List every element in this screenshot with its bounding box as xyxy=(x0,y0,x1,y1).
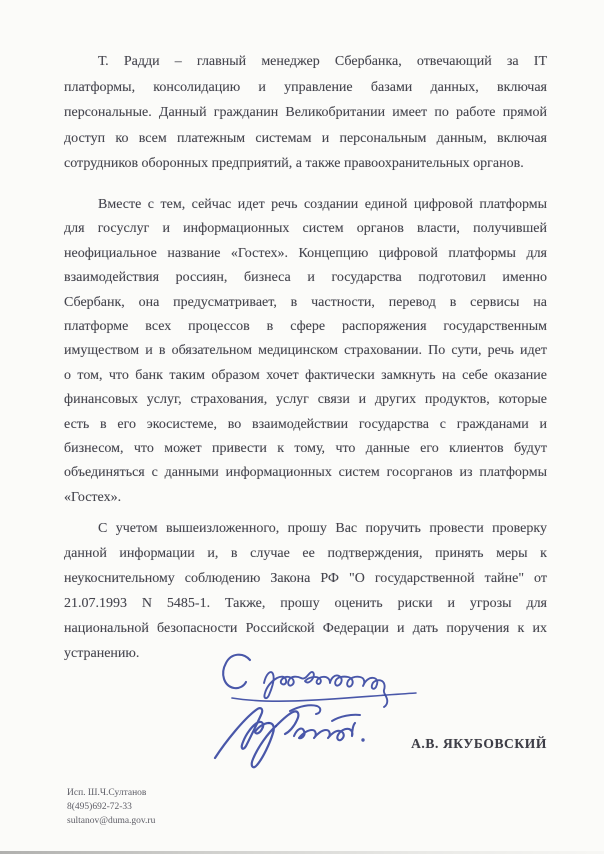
text-line: Вместе с тем, сейчас идет речь создании … xyxy=(64,193,547,217)
closing-phrase-handwriting xyxy=(223,655,250,689)
text-line: Т. Радди – главный менеджер Сбербанка, о… xyxy=(64,49,547,75)
executor-email: sultanov@duma.gov.ru xyxy=(67,814,155,828)
signer-printed-name: А.В. ЯКУБОВСКИЙ xyxy=(411,736,547,752)
text-line: 21.07.1993 N 5485-1. Также, прошу оценит… xyxy=(64,591,547,616)
handwritten-signature xyxy=(210,645,430,785)
text-line: неофициальное название «Гостех». Концепц… xyxy=(64,242,547,266)
text-line: объединяться с данными информационных си… xyxy=(64,461,547,485)
text-line: неукоснительному соблюдению Закона РФ "О… xyxy=(64,566,547,591)
closing-underline-stroke xyxy=(232,693,416,701)
text-line: финансовых услуг, страхования, услуг свя… xyxy=(64,388,547,412)
text-line: доступ ко всем платежным системам и перс… xyxy=(64,126,547,152)
executor-name: Исп. Ш.Ч.Султанов xyxy=(67,786,155,800)
text-line: национальной безопасности Российской Фед… xyxy=(64,616,547,641)
text-line: сотрудников оборонных предприятий, а так… xyxy=(64,151,547,177)
paragraph: Т. Радди – главный менеджер Сбербанка, о… xyxy=(64,49,547,177)
paragraph: С учетом вышеизложенного, прошу Вас пору… xyxy=(64,516,547,667)
text-line: бизнесом, что может привести к тому, что… xyxy=(64,437,547,461)
paragraph: Вместе с тем, сейчас идет речь создании … xyxy=(64,193,547,510)
text-line: данной информации и, в случае ее подтвер… xyxy=(64,541,547,566)
text-line: для госуслуг и информационных систем орг… xyxy=(64,217,547,241)
text-line: платформе всех процессов в сфере распоря… xyxy=(64,315,547,339)
executor-phone: 8(495)692-72-33 xyxy=(67,800,155,814)
text-line: платформы, консолидацию и управление баз… xyxy=(64,75,547,101)
text-line: имуществом и в обязательном медицинском … xyxy=(64,339,547,363)
text-line: С учетом вышеизложенного, прошу Вас пору… xyxy=(64,516,547,541)
letter-page: Т. Радди – главный менеджер Сбербанка, о… xyxy=(0,0,604,854)
text-line: персональные. Данный гражданин Великобри… xyxy=(64,100,547,126)
executor-footer: Исп. Ш.Ч.Султанов 8(495)692-72-33 sultan… xyxy=(67,786,155,828)
autograph-stroke xyxy=(215,708,269,758)
text-line: «Гостех». xyxy=(64,486,547,510)
text-line: о том, что банк таким образом хочет факт… xyxy=(64,364,547,388)
autograph-t-bar-stroke xyxy=(332,715,360,721)
autograph-period-dot xyxy=(361,738,364,741)
text-line: есть в его экосистеме, во взаимодействии… xyxy=(64,413,547,437)
text-line: Сбербанк, она предусматривает, в частнос… xyxy=(64,291,547,315)
autograph-stroke xyxy=(294,723,355,740)
autograph-stroke xyxy=(276,711,298,734)
autograph-stroke xyxy=(290,705,320,714)
text-line: взаимодействия россиян, бизнеса и госуда… xyxy=(64,266,547,290)
